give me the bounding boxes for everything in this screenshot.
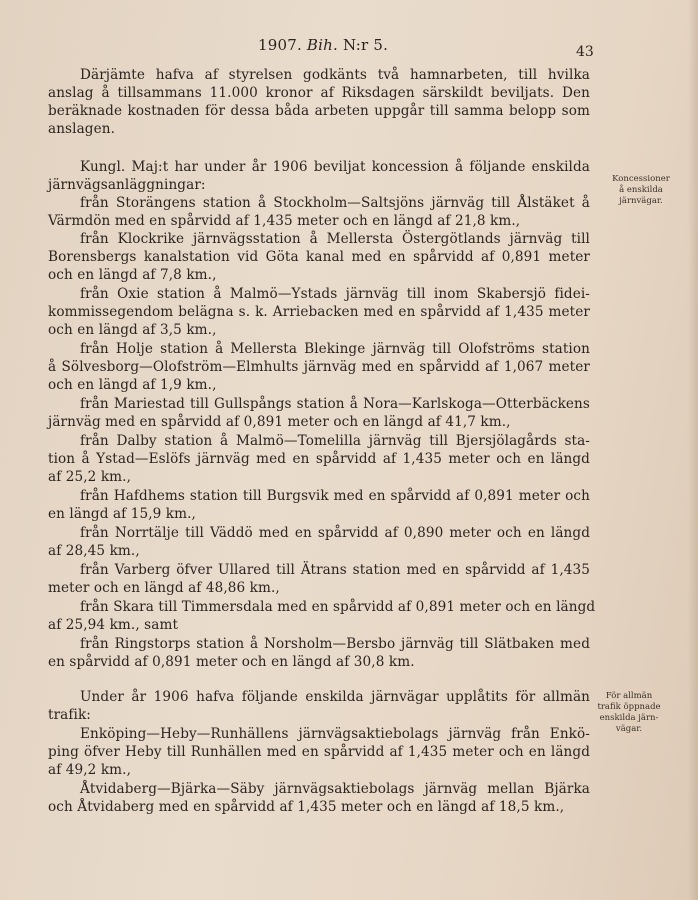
margin-note-line: järnvägar.: [596, 196, 686, 207]
text-line: från Dalby station å Malmö—Tomelilla jär…: [80, 432, 590, 450]
text-line: af 25,2 km.,: [48, 468, 590, 486]
margin-note-line: Koncessioner: [596, 174, 686, 185]
text-line: järnväg med en spårvidd af 0,891 meter o…: [48, 413, 590, 431]
margin-note-line: enskilda järn-: [584, 713, 674, 724]
text-line: å Sölvesborg—Olofström—Elmhults järnväg …: [48, 358, 590, 376]
text-line: från Mariestad till Gullspångs station å…: [80, 395, 590, 413]
text-line: från Storängens station å Stockholm—Salt…: [80, 194, 590, 212]
page-edge-shadow: [688, 0, 698, 900]
text-line: och en längd af 3,5 km.,: [48, 321, 590, 339]
text-line: Därjämte hafva af styrelsen godkänts två…: [80, 66, 590, 84]
margin-note-line: trafik öppnade: [584, 702, 674, 713]
text-line: och Åtvidaberg med en spårvidd af 1,435 …: [48, 798, 590, 816]
text-line: från Oxie station å Malmö—Ystads järnväg…: [80, 285, 590, 303]
text-line: Under år 1906 hafva följande enskilda jä…: [80, 688, 590, 706]
header-year: 1907.: [258, 36, 302, 54]
text-line: anslagen.: [48, 120, 590, 138]
text-line: en spårvidd af 0,891 meter och en längd …: [48, 653, 590, 671]
text-line: från Skara till Timmersdala med en spårv…: [80, 598, 590, 616]
text-line: af 28,45 km.,: [48, 542, 590, 560]
text-line: från Klockrike järnvägsstation å Mellers…: [80, 230, 590, 248]
page-number: 43: [576, 44, 594, 60]
margin-note-line: vägar.: [584, 724, 674, 735]
text-line: från Ringstorps station å Norsholm—Bersb…: [80, 635, 590, 653]
margin-note-line: å enskilda: [596, 185, 686, 196]
text-line: Enköping—Heby—Runhällens järnvägsaktiebo…: [80, 725, 590, 743]
margin-note-concessions: Koncessioner å enskilda järnvägar.: [596, 174, 686, 207]
margin-note-opened: För allmän trafik öppnade enskilda järn-…: [584, 691, 674, 735]
text-line: Kungl. Maj:t har under år 1906 beviljat …: [80, 158, 590, 176]
header-title: 1907. Bih. N:r 5.: [258, 36, 388, 54]
text-line: meter och en längd af 48,86 km.,: [48, 579, 590, 597]
margin-note-line: För allmän: [584, 691, 674, 702]
header-series: Bih.: [307, 36, 338, 54]
text-line: tion å Ystad—Eslöfs järnväg med en spårv…: [48, 450, 590, 468]
text-line: Åtvidaberg—Bjärka—Säby järnvägsaktiebola…: [80, 780, 590, 798]
text-line: från Varberg öfver Ullared till Ätrans s…: [80, 561, 590, 579]
text-line: från Norrtälje till Väddö med en spårvid…: [80, 524, 590, 542]
text-line: från Hafdhems station till Burgsvik med …: [80, 487, 590, 505]
text-line: Värmdön med en spårvidd af 1,435 meter o…: [48, 212, 590, 230]
book-page: 1907. Bih. N:r 5. 43 Därjämte hafva af s…: [0, 0, 698, 900]
text-line: kommissegendom belägna s. k. Arriebacken…: [48, 303, 590, 321]
text-line: järnvägsanläggningar:: [48, 176, 590, 194]
text-line: anslag å tillsammans 11.000 kronor af Ri…: [48, 84, 590, 102]
text-line: trafik:: [48, 706, 590, 724]
text-line: af 25,94 km., samt: [48, 616, 590, 634]
text-line: och en längd af 1,9 km.,: [48, 376, 590, 394]
running-header: 1907. Bih. N:r 5. 43: [0, 36, 698, 60]
text-line: och en längd af 7,8 km.,: [48, 266, 590, 284]
text-line: af 49,2 km.,: [48, 761, 590, 779]
header-number: N:r 5.: [343, 36, 388, 54]
text-line: från Holje station å Mellersta Blekinge …: [80, 340, 590, 358]
text-line: en längd af 15,9 km.,: [48, 505, 590, 523]
text-line: beräknade kostnaden för dessa båda arbet…: [48, 102, 590, 120]
text-line: ping öfver Heby till Runhällen med en sp…: [48, 743, 590, 761]
text-line: Borensbergs kanalstation vid Göta kanal …: [48, 248, 590, 266]
